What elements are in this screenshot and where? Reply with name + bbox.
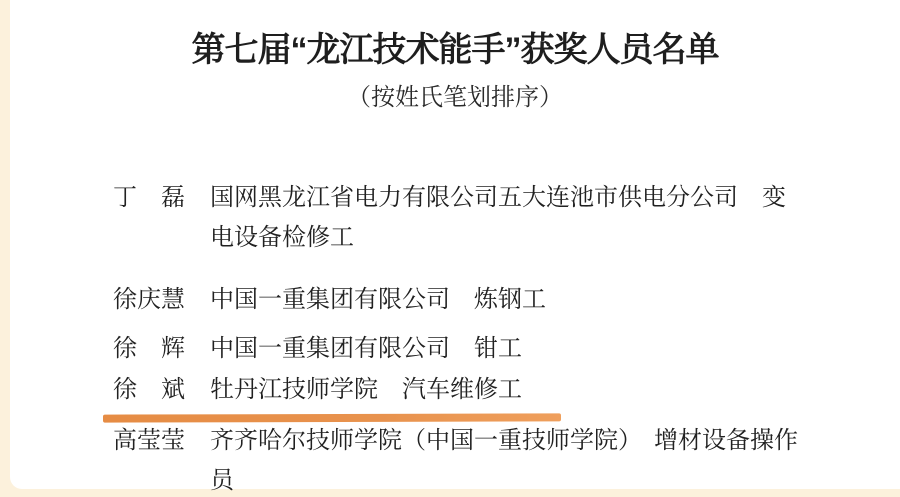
awardee-affiliation-and-trade: 齐齐哈尔技师学院（中国一重技师学院） 增材设备操作员 [210,421,802,497]
award-list-page: 第七届“龙江技术能手”获奖人员名单 （按姓氏笔划排序） 丁 磊 国网黑龙江省电力… [0,0,900,497]
awardee-affiliation-and-trade: 中国一重集团有限公司 钳工 [210,329,802,369]
awardee-name: 徐 辉 [113,329,210,369]
awardee-affiliation-and-trade: 牡丹江技师学院 汽车维修工 [210,370,802,410]
award-entry-highlighted: 徐 斌 牡丹江技师学院 汽车维修工 [113,370,802,410]
awardee-name: 徐庆慧 [113,280,210,320]
award-entry: 高莹莹 齐齐哈尔技师学院（中国一重技师学院） 增材设备操作员 [113,421,802,497]
award-entry: 徐庆慧 中国一重集团有限公司 炼钢工 [113,280,802,320]
awardee-name: 丁 磊 [113,178,210,218]
awardee-affiliation-and-trade: 中国一重集团有限公司 炼钢工 [210,280,802,320]
document-title: 第七届“龙江技术能手”获奖人员名单 [10,28,900,72]
award-entry: 丁 磊 国网黑龙江省电力有限公司五大连池市供电分公司 变电设备检修工 [113,178,802,258]
award-entry: 徐 辉 中国一重集团有限公司 钳工 [113,329,802,369]
document-subtitle: （按姓氏笔划排序） [10,83,900,113]
awardee-affiliation-and-trade: 国网黑龙江省电力有限公司五大连池市供电分公司 变电设备检修工 [210,178,802,258]
awardee-name: 高莹莹 [113,421,210,461]
awardee-name: 徐 斌 [113,370,210,410]
